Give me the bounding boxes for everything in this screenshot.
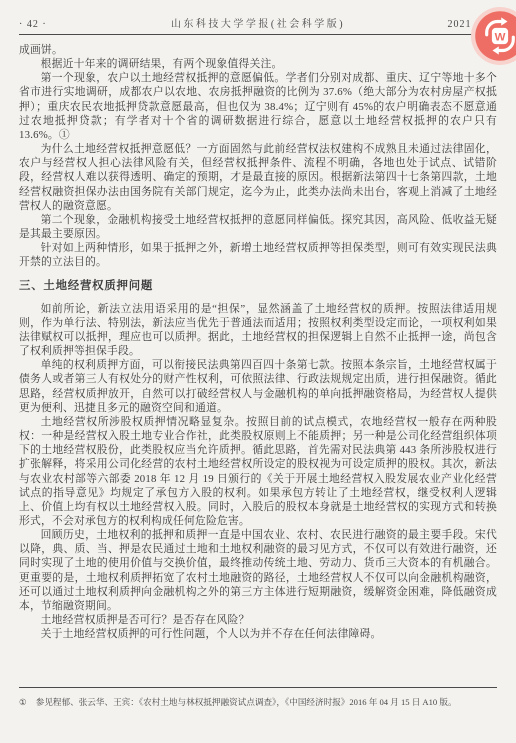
- body-paragraph: 如前所论，新法立法用语采用的是“担保”，显然涵盖了土地经营权的质押。按照法律适用…: [19, 302, 497, 359]
- footnote-area: ①参见程郁、张云华、王宾：《农村土地与林权抵押融资试点调查》，《中国经济时报》2…: [19, 687, 497, 708]
- footnote-text: 参见程郁、张云华、王宾：《农村土地与林权抵押融资试点调查》，《中国经济时报》20…: [36, 697, 457, 707]
- body-paragraph: 回顾历史，土地权利的抵押和质押一直是中国农业、农村、农民进行融资的最主要手段。宋…: [19, 528, 497, 613]
- journal-page: · 42 · 山东科技大学学报(社会科学版) 2021 年第 成画饼。根据近十年…: [0, 0, 516, 743]
- convert-document-icon: W: [471, 7, 516, 65]
- body-paragraph: 关于土地经营权质押的可行性问题，个人以为并不存在任何法律障碍。: [19, 627, 497, 641]
- body-paragraph: 土地经营权所涉股权质押情况略显复杂。按照目前的试点模式，农地经营权一般存在两种股…: [19, 415, 497, 528]
- body-paragraph: 根据近十年来的调研结果，有两个现象值得关注。: [19, 57, 497, 71]
- body-paragraph: 土地经营权质押是否可行？是否存在风险？: [19, 613, 497, 627]
- scan-app-floating-badge[interactable]: W: [471, 7, 516, 65]
- journal-title: 山东科技大学学报(社会科学版): [109, 15, 407, 30]
- footnote-marker: ①: [19, 697, 27, 707]
- footnote: ①参见程郁、张云华、王宾：《农村土地与林权抵押融资试点调查》，《中国经济时报》2…: [19, 696, 497, 708]
- page-number: · 42 ·: [19, 19, 109, 30]
- footnote-rule: [19, 687, 497, 688]
- article-body: 成画饼。根据近十年来的调研结果，有两个现象值得关注。第一个现象，农户以土地经营权…: [19, 43, 497, 641]
- badge-letter: W: [495, 32, 506, 44]
- body-paragraph: 第二个现象，金融机构接受土地经营权抵押的意愿同样偏低。探究其因，高风险、低收益无…: [19, 213, 497, 241]
- body-paragraph: 单纯的权利质押方面，可以衔接民法典第四百四十条第七款。按照本条宗旨，土地经营权属…: [19, 358, 497, 415]
- body-paragraph: 第一个现象，农户以土地经营权抵押的意愿偏低。学者们分别对成都、重庆、辽宁等地十多…: [19, 71, 497, 142]
- page-header: · 42 · 山东科技大学学报(社会科学版) 2021 年第: [19, 0, 497, 30]
- body-paragraph: 为什么土地经营权抵押意愿低？一方面固然与此前经营权法权建构不成熟且未通过法律固化…: [19, 142, 497, 213]
- header-rule: [19, 34, 497, 35]
- body-paragraph: 成画饼。: [19, 43, 497, 57]
- body-paragraph: 针对如上两种情形，如果于抵押之外，新增土地经营权质押等担保类型，则可有效实现民法…: [19, 241, 497, 269]
- section-heading: 三、土地经营权质押问题: [19, 279, 497, 293]
